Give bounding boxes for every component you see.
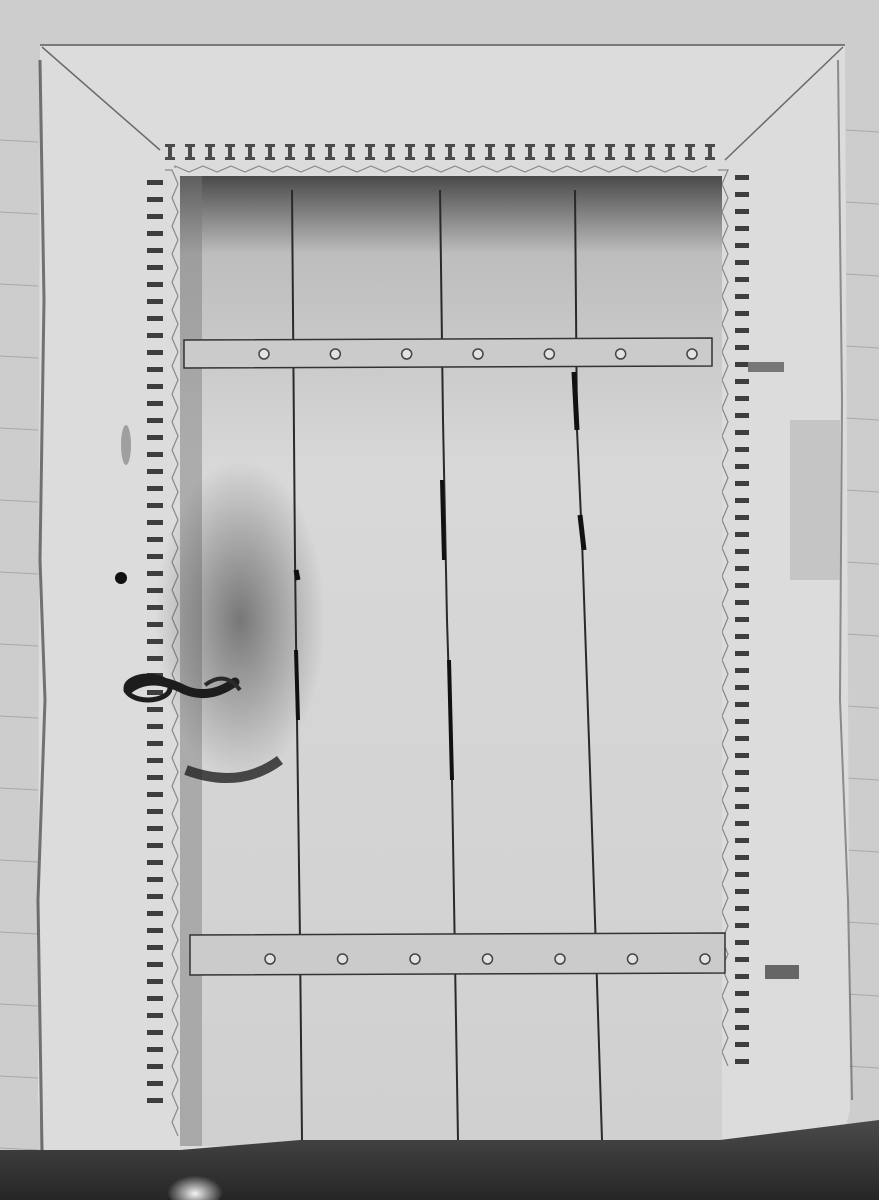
door [155, 176, 725, 1146]
door-photograph [0, 0, 879, 1200]
